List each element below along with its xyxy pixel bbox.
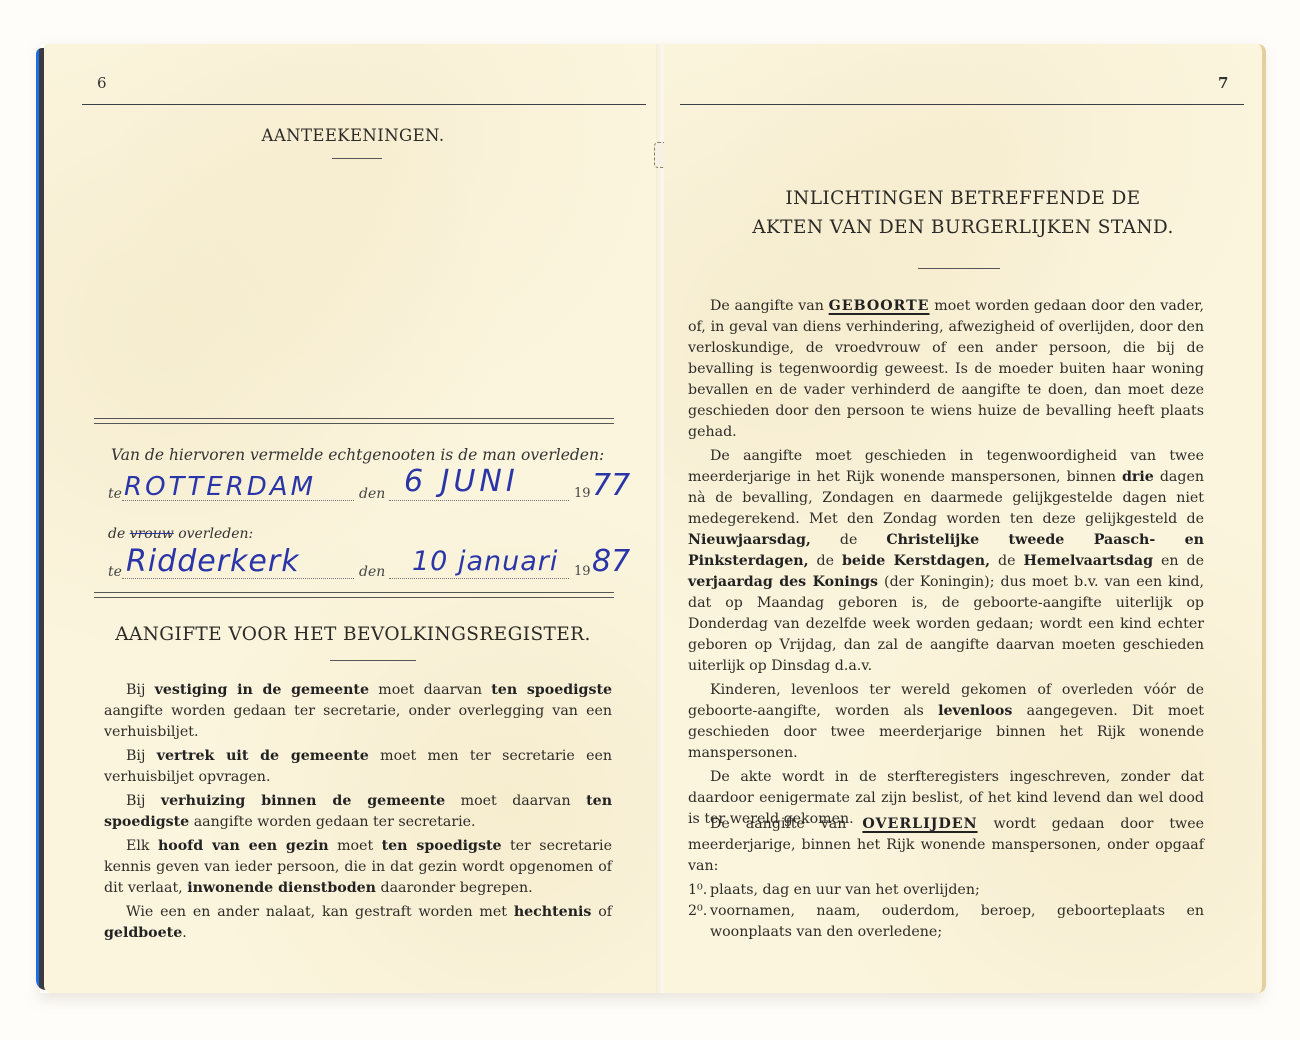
open-booklet: 6 AANTEEKENINGEN. Van de hiervoren verme… [40,44,1262,993]
paragraph: De aangifte van GEBOORTE moet worden ged… [688,296,1204,443]
paragraph: Bij vestiging in de gemeente moet daarva… [104,680,612,743]
wife-death-year: 87 [592,544,630,579]
paragraph: Elk hoofd van een gezin moet ten spoedig… [104,836,612,899]
man-death-date: 6 JUNI [404,464,519,499]
title-divider [332,158,382,159]
date-field-line [389,499,569,501]
death-record-intro: Van de hiervoren vermelde echtgenooten i… [111,446,604,464]
section-rule-bottom [94,592,614,598]
page-title: AANTEEKENINGEN. [44,126,662,145]
death-registration-text: De aangifte van OVERLIJDEN wordt gedaan … [688,814,1204,943]
page-title-line2: AKTEN VAN DEN BURGERLIJKEN STAND. [664,217,1262,238]
section-rule-top [94,418,614,424]
den-label: den [359,564,385,580]
list-item: 1⁰. plaats, dag en uur van het overlijde… [688,880,1204,901]
year-prefix: 19 [574,486,591,501]
paragraph: De aangifte moet geschieden in tegenwoor… [688,446,1204,677]
man-death-place: ROTTERDAM [124,472,316,502]
wife-label: de vrouw overleden: [108,526,253,542]
header-rule [680,104,1244,105]
population-register-text: Bij vestiging in de gemeente moet daarva… [104,680,612,947]
wife-label-suffix: overleden: [178,526,253,542]
page-number: 6 [97,74,107,92]
wife-death-place: Ridderkerk [126,544,300,579]
date-field-line [389,577,569,579]
paragraph: Bij verhuizing binnen de gemeente moet d… [104,791,612,833]
header-rule [82,104,646,105]
wife-label-struck-word: vrouw [130,526,174,542]
right-page: 7 INLICHTINGEN BETREFFENDE DE AKTEN VAN … [664,44,1266,993]
keyword-overlijden: OVERLIJDEN [862,816,977,832]
list-item: 2⁰. voornamen, naam, ouderdom, beroep, g… [688,901,1204,943]
wife-death-date: 10 januari [412,546,558,577]
paragraph: Wie een en ander nalaat, kan gestraft wo… [104,902,612,944]
left-page: 6 AANTEEKENINGEN. Van de hiervoren verme… [44,44,662,993]
paragraph: Bij vertrek uit de gemeente moet men ter… [104,746,612,788]
man-death-year: 77 [592,468,630,503]
section-title: AANGIFTE VOOR HET BEVOLKINGSREGISTER. [44,624,662,645]
paragraph: Kinderen, levenloos ter wereld gekomen o… [688,680,1204,764]
page-title-line1: INLICHTINGEN BETREFFENDE DE [664,188,1262,209]
te-label: te [108,486,122,502]
year-prefix: 19 [574,564,591,579]
keyword-geboorte: GEBOORTE [829,298,930,314]
title-divider [918,268,1000,269]
den-label: den [359,486,385,502]
section-divider [330,660,416,661]
wife-label-prefix: de [108,526,125,542]
te-label: te [108,564,122,580]
paragraph: De aangifte van OVERLIJDEN wordt gedaan … [688,814,1204,877]
page-number: 7 [1218,74,1228,92]
birth-registration-text: De aangifte van GEBOORTE moet worden ged… [688,296,1204,833]
